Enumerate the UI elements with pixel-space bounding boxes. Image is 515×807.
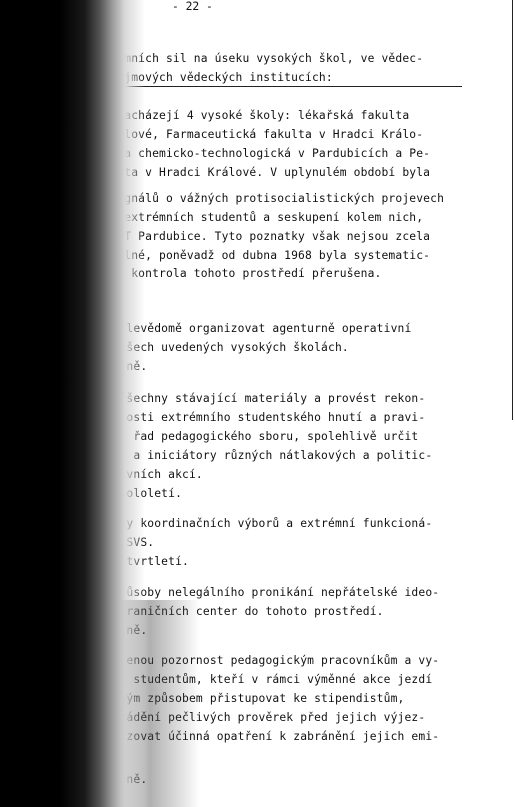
task-deadline: Plnit průběžně. <box>43 358 147 376</box>
page-number: - 22 - <box>172 0 213 13</box>
task-line: graci. <box>43 752 85 770</box>
page-edge <box>512 0 513 420</box>
intro-line: Ve VČK se nacházejí 4 vysoké školy: léka… <box>20 107 409 125</box>
intro-line: ká zpravodajská kontrola tohoto prostřed… <box>20 265 381 283</box>
task-line: do KS. Stejným způsobem přistupovat ke s… <box>43 690 404 708</box>
task-line: Vyhodnotit všechny stávající materiály a… <box>43 390 425 408</box>
task-number: 1/ <box>20 320 34 338</box>
task-number: 5/ <box>20 652 34 670</box>
task-line: činnost na všech uvedených vysokých škol… <box>43 339 349 357</box>
task-number: 3/ <box>20 515 34 533</box>
task-line: strukci činnosti extrémního studentského… <box>43 409 425 427</box>
task-deadline: Splnit v I.čtvrtletí. <box>43 553 189 571</box>
task-line: dbát na provádění pečlivých prověrek pře… <box>43 709 425 727</box>
task-line: Věnovat zvýšenou pozornost pedagogickým … <box>43 652 439 670</box>
task-deadline: Plnit průběžně. <box>43 771 147 789</box>
intro-line: vech ze strany extrémních studentů a ses… <box>20 209 423 227</box>
task-line: Odhalovat způsoby nelegálního pronikání … <box>43 584 439 602</box>
intro-line: KU v Hradci Králové, Farmaceutická fakul… <box>20 126 423 144</box>
task-line: ře bývalého SVS. <box>43 534 154 552</box>
heading-line-2: ké oblasti a zájmových vědeckých institu… <box>20 69 333 87</box>
task-line: cových sil z řad pedagogického sboru, sp… <box>43 428 418 446</box>
task-line: Obnovit a cílevědomě organizovat agentur… <box>43 320 411 338</box>
intro-line: objektivní a úplné, poněvadž od dubna 19… <box>20 247 430 265</box>
task-line: ky destruktivních akcí. <box>43 466 203 484</box>
task-deadline: Splnit v I.pololetí. <box>43 485 182 503</box>
intro-line: zejména na VŠCHT Pardubice. Tyto poznatk… <box>20 228 430 246</box>
tasks-heading: Hlavní úkoly: <box>20 290 110 308</box>
intro-line: získána řada signálů o vážných protisoci… <box>20 190 444 208</box>
task-number: 4/ <box>20 584 34 602</box>
heading-underline <box>18 86 462 87</box>
task-line: sokoškolským studentům, kteří v rámci vý… <box>43 671 432 689</box>
task-line: organizátory a iniciátory různých nátlak… <box>43 447 432 465</box>
task-line: Zjistit členy koordinačních výborů a ext… <box>43 515 432 533</box>
intro-line: vé, Vysoká škola chemicko-technologická … <box>20 145 430 163</box>
task-line: logie ze zahraničních center do tohoto p… <box>43 603 384 621</box>
task-deadline: Plnit průběžně. <box>43 622 147 640</box>
intro-line: dagogická fakulta v Hradci Králové. V up… <box>20 164 430 182</box>
task-number: 2/ <box>20 390 34 408</box>
task-line: dem a organizovat účinná opatření k zabr… <box>43 728 439 746</box>
heading-line-1: Seskupení extrémních sil na úseku vysoký… <box>20 50 423 68</box>
